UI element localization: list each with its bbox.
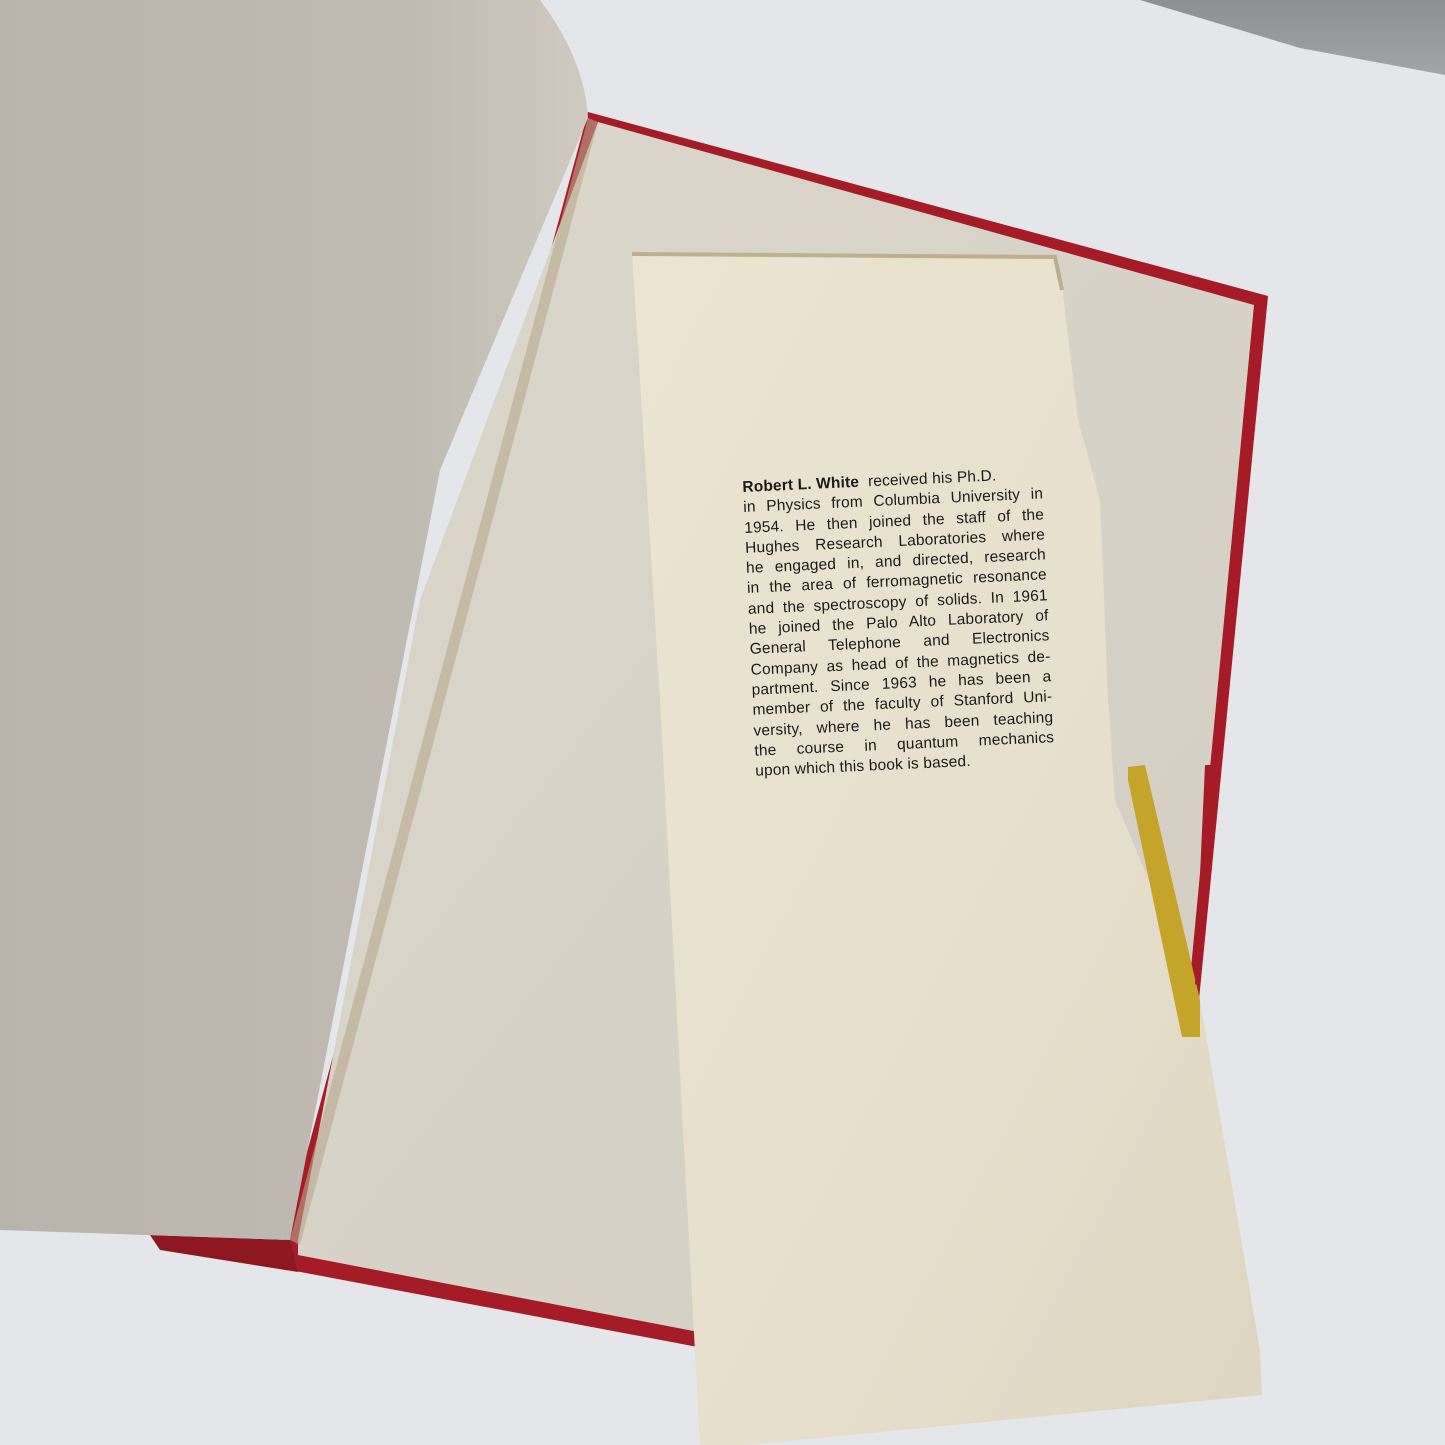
author-bio: Robert L. White received his Ph.D. in Ph… xyxy=(742,464,1056,782)
author-name: Robert L. White xyxy=(742,474,859,496)
photo-scene: Robert L. White received his Ph.D. in Ph… xyxy=(0,0,1445,1445)
book-photo-background xyxy=(0,0,1445,1445)
